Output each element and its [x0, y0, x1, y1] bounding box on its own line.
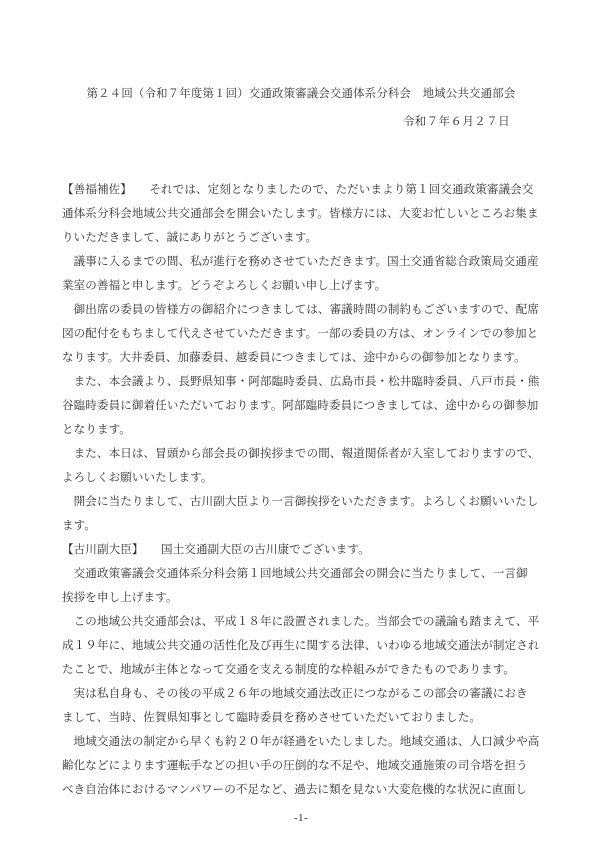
- body-line: 議事に入るまでの間、私が進行を務めさせていただきます。国土交通省総合政策局交通産: [62, 250, 544, 274]
- body-line: この地域公共交通部会は、平成１８年に設置されました。当部会での議論も踏まえて、平: [62, 610, 544, 634]
- body-line: 谷臨時委員に御着任いただいております。阿部臨時委員につきましては、途中からの御参…: [62, 394, 544, 418]
- document-date: 令和７年６月２７日: [0, 113, 602, 129]
- document-body: 【善福補佐】 それでは、定刻となりましたので、ただいまより第１回交通政策審議会交…: [62, 178, 544, 802]
- body-line: りいただきまして、誠にありがとうございます。: [62, 226, 544, 250]
- body-line: たことで、地域が主体となって交通を支える制度的な枠組みができたものであります。: [62, 658, 544, 682]
- body-line: 業室の善福と申します。どうぞよろしくお願い申し上げます。: [62, 274, 544, 298]
- body-line: べき自治体におけるマンパワーの不足など、過去に類を見ない大変危機的な状況に直面し: [62, 778, 544, 802]
- body-line: なります。大井委員、加藤委員、越委員につきましては、途中からの御参加となります。: [62, 346, 544, 370]
- body-line: 【善福補佐】 それでは、定刻となりましたので、ただいまより第１回交通政策審議会交: [62, 178, 544, 202]
- body-line: まして、当時、佐賀県知事として臨時委員を務めさせていただいておりました。: [62, 706, 544, 730]
- body-line: 実は私自身も、その後の平成２６年の地域交通法改正につながるこの部会の審議におき: [62, 682, 544, 706]
- body-line: 成１９年に、地域公共交通の活性化及び再生に関する法律、いわゆる地域交通法が制定さ…: [62, 634, 544, 658]
- document-title: 第２４回（令和７年度第１回）交通政策審議会交通体系分科会 地域公共交通部会: [0, 85, 602, 101]
- body-line: 図の配付をもちまして代えさせていただきます。一部の委員の方は、オンラインでの参加…: [62, 322, 544, 346]
- body-line: また、本日は、冒頭から部会長の御挨拶までの間、報道関係者が入室しておりますので、: [62, 442, 544, 466]
- body-line: 齢化などによります運転手などの担い手の圧倒的な不足や、地域交通施策の司令塔を担う: [62, 754, 544, 778]
- body-line: 開会に当たりまして、古川副大臣より一言御挨拶をいただきます。よろしくお願いいたし: [62, 490, 544, 514]
- document-page: 第２４回（令和７年度第１回）交通政策審議会交通体系分科会 地域公共交通部会 令和…: [0, 0, 602, 849]
- body-line: 挨拶を申し上げます。: [62, 586, 544, 610]
- body-line: となります。: [62, 418, 544, 442]
- body-line: 交通政策審議会交通体系分科会第１回地域公共交通部会の開会に当たりまして、一言御: [62, 562, 544, 586]
- body-line: 通体系分科会地域公共交通部会を開会いたします。皆様方には、大変お忙しいところお集…: [62, 202, 544, 226]
- body-line: 【古川副大臣】 国土交通副大臣の古川康でございます。: [62, 538, 544, 562]
- body-line: 御出席の委員の皆様方の御紹介につきましては、審議時間の制約もございますので、配席: [62, 298, 544, 322]
- body-line: よろしくお願いいたします。: [62, 466, 544, 490]
- body-line: 地域交通法の制定から早くも約２０年が経過をいたしました。地域交通は、人口減少や高: [62, 730, 544, 754]
- body-line: ます。: [62, 514, 544, 538]
- body-line: また、本会議より、長野県知事・阿部臨時委員、広島市長・松井臨時委員、八戸市長・熊: [62, 370, 544, 394]
- page-number: -1-: [0, 812, 602, 824]
